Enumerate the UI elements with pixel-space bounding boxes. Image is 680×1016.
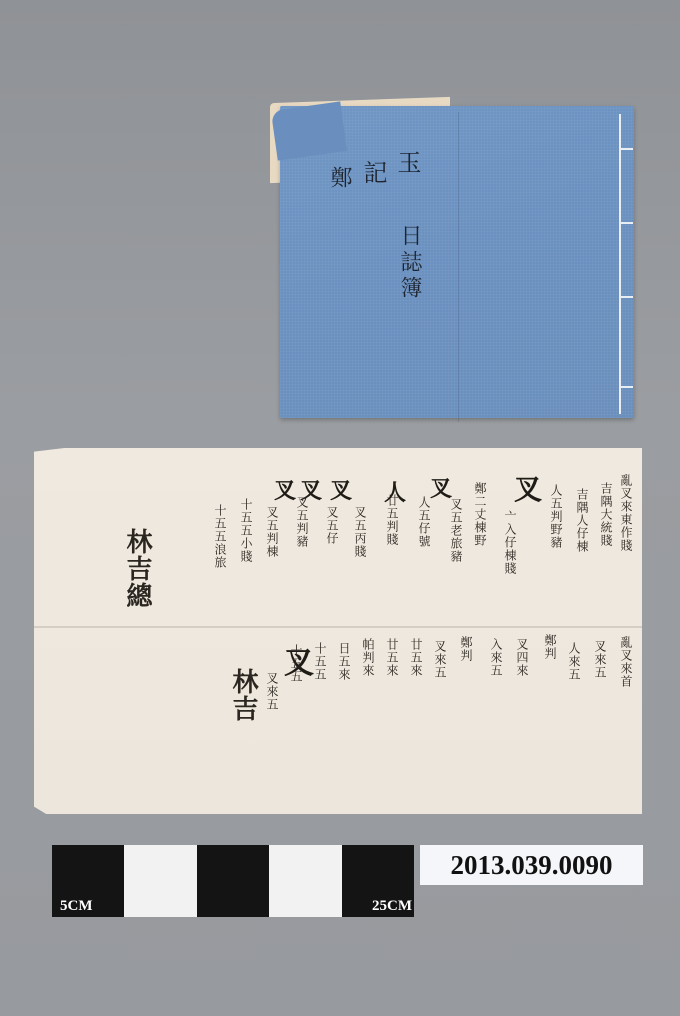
doc-lower-col: 亂叉來首 [620,636,632,688]
cross-mark: 叉 [274,474,296,505]
catalog-number-label: 2013.039.0090 [420,845,643,885]
doc-upper-col: 十五五小賤 [240,498,252,563]
cover-fold-line [458,112,459,422]
scale-segment [269,845,341,917]
binding-thread [619,114,621,414]
doc-upper-col: 人五判野豬 [550,484,562,549]
doc-lower-col: 人來五 [568,642,580,681]
doc-lower-col: 鄭判 [544,634,556,660]
cross-mark: 叉 [430,472,452,503]
doc-upper-col: 叉五判棟 [266,506,278,558]
doc-upper-col: 人五仔號 [418,496,430,548]
doc-upper-col: 十五五浪旅 [214,504,226,569]
doc-lower-col: 廿五來 [410,638,422,677]
scale-segment: 25CM [342,845,414,917]
doc-upper-col: 鄭二丈棟野 [474,482,486,547]
scale-segment [197,845,269,917]
doc-upper-col: 亠入仔棟賤 [504,510,516,575]
catalog-number: 2013.039.0090 [451,850,613,881]
binding-stitch [619,296,633,298]
signature-lower: 林吉 [230,668,256,722]
scale-bar: 5CM 25CM [52,845,414,917]
cross-mark: 叉 [514,468,542,508]
doc-lower-col: 帕判來 [362,638,374,677]
scale-segment [124,845,196,917]
title-subtitle: 日誌簿 [394,224,425,302]
title-char-4: 鄭 [324,166,355,192]
binding-stitch [619,222,633,224]
doc-lower-col: 廿五來 [386,638,398,677]
handwritten-document: 亂叉來東作賤 吉隅大統賤 吉隅人仔棟 人五判野豬 亠入仔棟賤 鄭二丈棟野 叉五老… [34,448,642,814]
book-cover: 玉 記 日誌簿 鄭 [280,106,634,418]
doc-upper-col: 叉五老旅豬 [450,498,462,563]
document-fold-line [34,626,642,628]
scale-segment: 5CM [52,845,124,917]
doc-lower-col: 叉四來 [516,638,528,677]
doc-lower-col: 日五來 [338,642,350,681]
doc-upper-col: 吉隅大統賤 [600,482,612,547]
cover-folded-corner [271,101,347,160]
doc-lower-col: 叉來五 [434,640,446,679]
doc-lower-col: 鄭判 [460,636,472,662]
binding-stitch [619,386,633,388]
doc-lower-col: 十五五 [314,642,326,681]
doc-upper-col: 叉五丙賤 [354,506,366,558]
cross-mark: 叉 [300,474,322,505]
doc-upper-col: 吉隅人仔棟 [576,488,588,553]
cross-mark: 叉 [330,474,352,505]
title-char-1: 玉 [390,150,425,178]
doc-lower-col: 十五五 [290,644,302,683]
doc-lower-col: 入來五 [490,638,502,677]
title-char-2: 記 [356,160,391,188]
signature-upper: 林吉總 [124,528,150,609]
binding-stitch [619,148,633,150]
scale-label-left: 5CM [60,898,93,915]
doc-upper-col: 亂叉來東作賤 [620,474,632,552]
doc-upper-col: 叉五仔 [326,506,338,545]
scale-label-right: 25CM [372,898,412,915]
doc-lower-col: 叉來五 [266,672,278,711]
doc-lower-col: 叉來五 [594,640,606,679]
cross-mark: 人 [384,476,406,507]
account-book: 玉 記 日誌簿 鄭 [280,100,636,418]
